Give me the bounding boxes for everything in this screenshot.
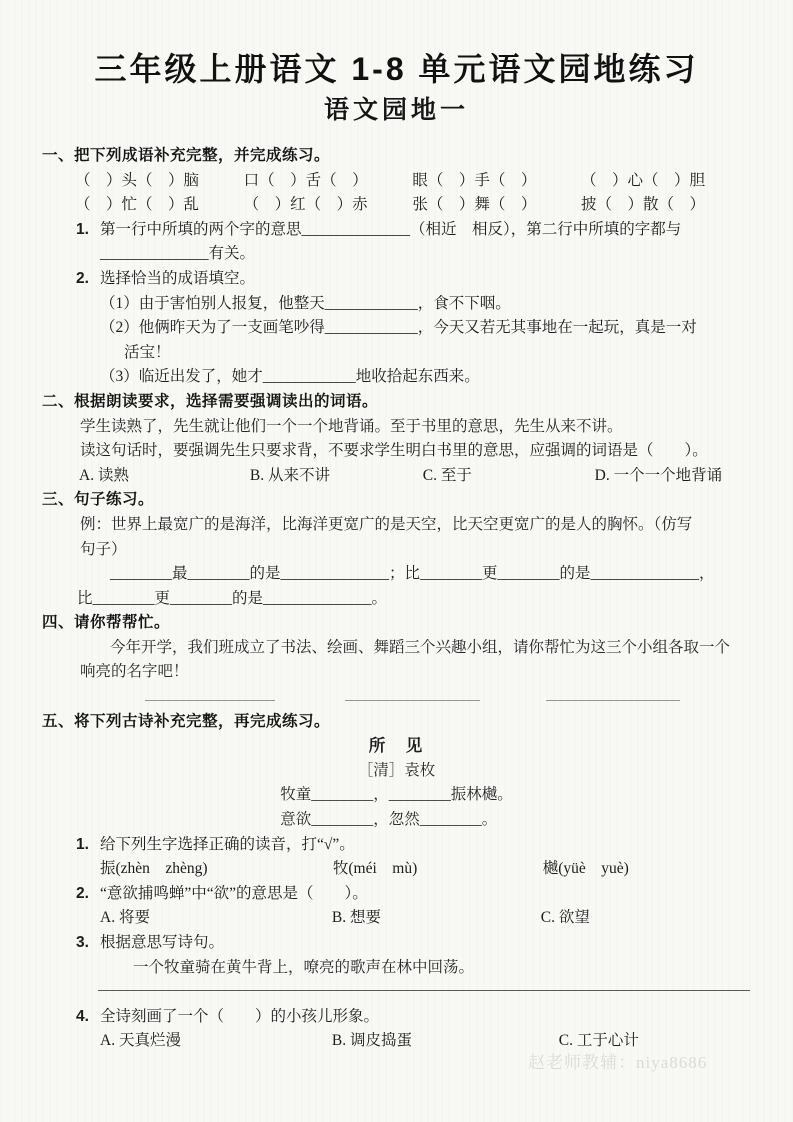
question-1: 1. 第一行中所填的两个字的意思______________（相近 相反），第二… — [42, 218, 751, 243]
page-title: 三年级上册语文 1-8 单元语文园地练习 — [42, 0, 751, 92]
poem: 所 见 ［清］袁枚 牧童________，________振林樾。 意欲____… — [280, 734, 513, 832]
option-a: A. 天真烂漫 — [100, 1029, 328, 1054]
answer-blank — [345, 700, 480, 701]
section-5-heading: 五、将下列古诗补充完整，再完成练习。 — [42, 710, 751, 735]
sub-item-2-continuation: 活宝！ — [42, 341, 751, 366]
sub-item-3: （3）临近出发了，她才____________地收拾起东西来。 — [42, 365, 751, 390]
teacher-watermark: 赵老师教辅：niya8686 — [528, 1048, 707, 1073]
option-b: B. 想要 — [332, 906, 537, 931]
option-b: B. 调皮捣蛋 — [332, 1029, 555, 1054]
sub-item-1: （1）由于害怕别人报复，他整天____________，食不下咽。 — [42, 292, 751, 317]
idiom-blank: （ ）红（ ）赤 — [244, 193, 368, 218]
question-2: 2. 选择恰当的成语填空。 — [42, 267, 751, 292]
question-number: 2. — [76, 882, 89, 907]
option-a: A. 将要 — [100, 906, 328, 931]
reading-passage: 学生读熟了，先生就让他们一个一个地背诵。至于书里的意思，先生从来不讲。 — [42, 415, 751, 440]
poem-author: ［清］袁枚 — [280, 759, 513, 784]
pinyin-choice: 振(zhèn zhèng) — [100, 857, 329, 882]
answer-blank — [546, 700, 680, 701]
option-d: D. 一个一个地背诵 — [595, 464, 722, 489]
example-sentence-continuation: 句子） — [42, 538, 751, 563]
option-c: C. 至于 — [423, 464, 591, 489]
option-c: C. 欲望 — [541, 906, 590, 931]
answer-line-row — [42, 980, 751, 1005]
section-4-heading: 四、请你帮帮忙。 — [42, 611, 751, 636]
fill-in-line-1: ________最________的是______________；比_____… — [42, 562, 751, 587]
options-row: A. 读熟 B. 从来不讲 C. 至于 D. 一个一个地背诵 — [42, 464, 751, 489]
section-2-heading: 二、根据朗读要求，选择需要强调读出的词语。 — [42, 390, 751, 415]
question-text: “意欲捕鸣蝉”中“欲”的意思是（ ）。 — [100, 885, 368, 902]
question-text: 第一行中所填的两个字的意思______________（相近 相反），第二行中所… — [100, 221, 681, 238]
option-b: B. 从来不讲 — [250, 464, 419, 489]
idiom-blank: （ ）头（ ）脑 — [75, 169, 199, 194]
idiom-blank: 张（ ）舞（ ） — [412, 193, 536, 218]
question-text: 全诗刻画了一个（ ）的小孩儿形象。 — [100, 1008, 379, 1025]
reading-question: 读这句话时，要强调先生只要求背，不要求学生明白书里的意思，应强调的词语是（ ）。 — [42, 439, 751, 464]
idiom-row-2: （ ）忙（ ）乱 （ ）红（ ）赤 张（ ）舞（ ） 披（ ）散（ ） — [75, 193, 705, 218]
idiom-blank: （ ）心（ ）胆 — [581, 169, 705, 194]
idiom-blank: 眼（ ）手（ ） — [412, 169, 536, 194]
question-text: 给下列生字选择正确的读音，打“√”。 — [100, 836, 355, 853]
name-blanks-row — [42, 685, 751, 710]
example-sentence: 例：世界上最宽广的是海洋，比海洋更宽广的是天空，比天空更宽广的是人的胸怀。（仿写 — [42, 513, 751, 538]
question-text: 选择恰当的成语填空。 — [100, 270, 255, 287]
poem-line-1: 牧童________，________振林樾。 — [280, 783, 513, 808]
fill-in-line-2: 比________更________的是______________。 — [42, 587, 751, 612]
poem-question-1: 1. 给下列生字选择正确的读音，打“√”。 — [42, 833, 751, 858]
question-number: 1. — [76, 833, 89, 858]
sub-item-2: （2）他俩昨天为了一支画笔吵得____________，今天又若无其事地在一起玩… — [42, 316, 751, 341]
pinyin-choice: 樾(yüè yuè) — [543, 857, 629, 882]
poem-question-4: 4. 全诗刻画了一个（ ）的小孩儿形象。 — [42, 1005, 751, 1030]
question-number: 1. — [76, 218, 89, 243]
poem-question-3: 3. 根据意思写诗句。 — [42, 931, 751, 956]
idiom-row-1: （ ）头（ ）脑 口（ ）舌（ ） 眼（ ）手（ ） （ ）心（ ）胆 — [75, 169, 705, 194]
section-3-heading: 三、句子练习。 — [42, 488, 751, 513]
question-number: 2. — [76, 267, 89, 292]
help-passage-continuation: 响亮的名字吧！ — [42, 660, 751, 685]
answer-blank — [145, 700, 275, 701]
options-row: A. 将要 B. 想要 C. 欲望 — [42, 906, 751, 931]
pinyin-choice: 牧(méi mù) — [333, 857, 539, 882]
poem-question-2: 2. “意欲捕鸣蝉”中“欲”的意思是（ ）。 — [42, 882, 751, 907]
poem-title: 所 见 — [280, 734, 513, 759]
poem-line-2: 意欲________，忽然________。 — [280, 808, 513, 833]
meaning-passage: 一个牧童骑在黄牛背上，嘹亮的歌声在林中回荡。 — [42, 956, 751, 981]
idiom-blank: 披（ ）散（ ） — [581, 193, 705, 218]
pinyin-row: 振(zhèn zhèng) 牧(méi mù) 樾(yüè yuè) — [42, 857, 751, 882]
title-spacer — [42, 128, 751, 144]
poem-block: 所 见 ［清］袁枚 牧童________，________振林樾。 意欲____… — [42, 734, 751, 832]
worksheet-content: 三年级上册语文 1-8 单元语文园地练习 语文园地一 一、把下列成语补充完整，并… — [0, 0, 793, 1054]
help-passage: 今年开学，我们班成立了书法、绘画、舞蹈三个兴趣小组，请你帮忙为这三个小组各取一个 — [42, 636, 751, 661]
answer-line — [98, 990, 750, 991]
idiom-blank: （ ）忙（ ）乱 — [75, 193, 199, 218]
question-number: 3. — [76, 931, 89, 956]
idiom-blank: 口（ ）舌（ ） — [244, 169, 368, 194]
worksheet-page: 三年级上册语文 1-8 单元语文园地练习 语文园地一 一、把下列成语补充完整，并… — [0, 0, 793, 1122]
question-number: 4. — [76, 1005, 89, 1030]
section-1-heading: 一、把下列成语补充完整，并完成练习。 — [42, 144, 751, 169]
question-text: 根据意思写诗句。 — [100, 934, 224, 951]
page-subtitle: 语文园地一 — [42, 92, 751, 128]
question-1-continuation: ______________有关。 — [42, 242, 751, 267]
option-a: A. 读熟 — [79, 464, 246, 489]
